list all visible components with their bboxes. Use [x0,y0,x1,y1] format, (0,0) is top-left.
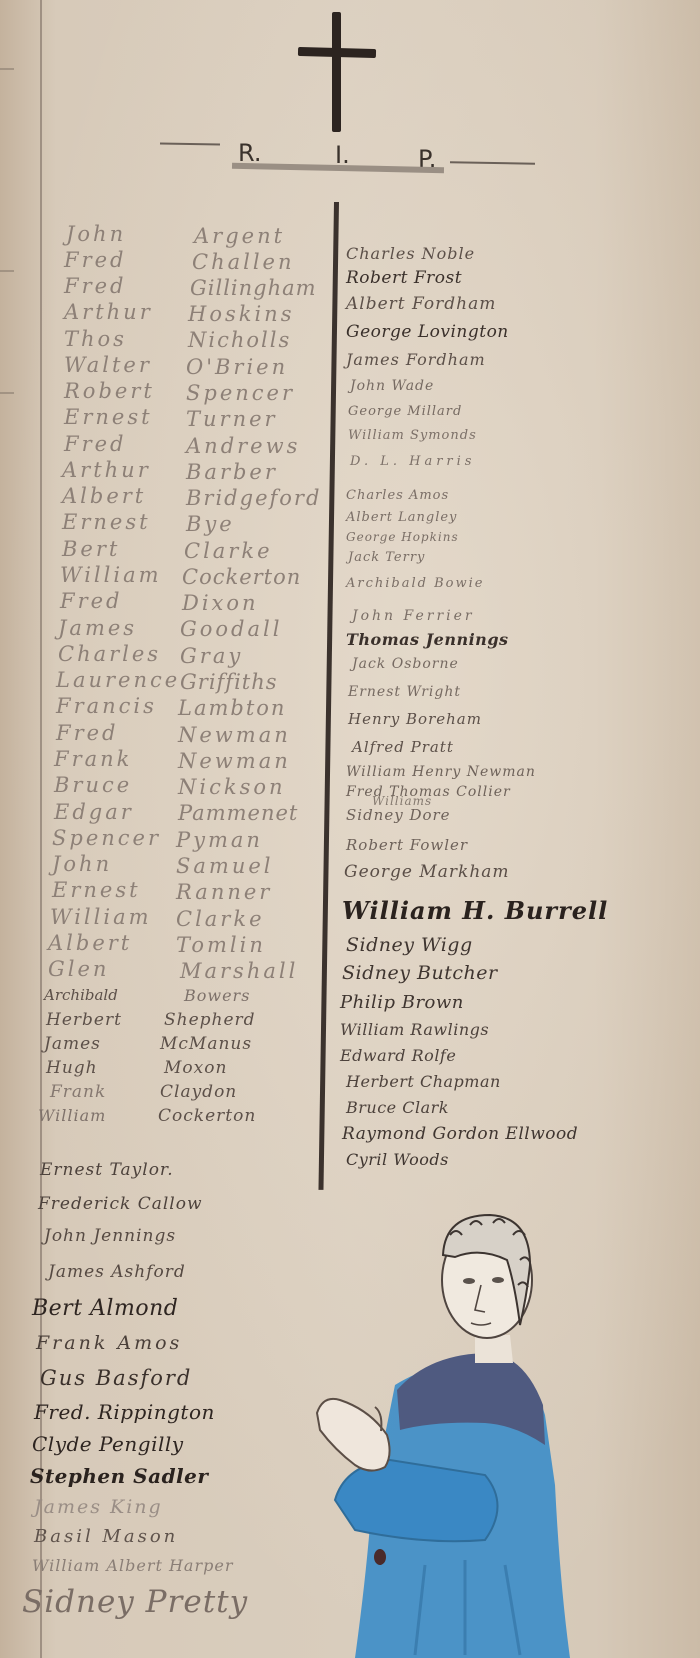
list-item: William Rawlings [340,1020,489,1039]
first-name: Fred [64,274,126,298]
list-item: Bert Almond [32,1296,178,1321]
list-item: Frank Amos [36,1332,182,1354]
surname: Dixon [182,591,259,615]
first-name: William [60,563,162,587]
list-item: Sidney Pretty [22,1584,248,1620]
list-item: Alfred Pratt [352,738,454,756]
first-name: John [52,852,112,876]
list-item: Fred. Rippington [34,1400,215,1424]
surname: Andrews [186,434,300,458]
list-item: James King [34,1496,163,1518]
surname: Clarke [184,539,273,563]
list-item: Robert Fowler [346,836,468,854]
praying-figure-illustration [315,1185,585,1658]
rip-underbar [232,163,444,173]
first-name: Arthur [62,458,151,482]
list-item: Charles Noble [346,244,475,263]
list-item: Henry Boreham [348,710,482,728]
list-item: James Fordham [346,350,486,369]
list-item: Charles Amos [346,488,449,503]
list-item: Clyde Pengilly [32,1432,184,1456]
list-item: Jack Osborne [352,656,459,672]
list-item: Philip Brown [340,992,464,1013]
first-name: James [44,1034,101,1054]
list-item: Sidney Dore [346,806,451,824]
first-name: William [50,905,152,929]
first-name: Ernest [52,878,141,902]
first-name: Fred [64,248,126,272]
surname: Shepherd [164,1010,256,1030]
rip-right-rule [450,161,535,164]
first-name: James [58,616,137,640]
surname: Lambton [178,696,286,720]
first-name: Walter [64,353,152,377]
first-name: Charles [58,642,161,666]
column-divider [318,202,339,1190]
list-item: Herbert Chapman [346,1072,501,1091]
list-item: William Albert Harper [32,1556,233,1575]
surname: Barber [186,460,278,484]
surname: Cockerton [158,1106,256,1126]
list-item: George Hopkins [346,530,459,544]
first-name: Laurence [56,668,180,692]
surname: Griffiths [180,670,278,694]
first-name: Ernest [62,510,151,534]
surname: Bye [186,512,235,536]
list-item: George Markham [344,862,510,882]
surname: Bowers [184,986,250,1005]
surname: Samuel [176,854,274,878]
first-name: William [38,1106,106,1125]
list-item: James Ashford [48,1262,186,1282]
list-item: Ernest Taylor. [40,1160,174,1180]
first-name: Bert [62,537,120,561]
first-name: Fred [64,432,126,456]
list-item: Robert Frost [346,268,462,288]
surname: Gray [180,644,243,668]
first-name: Thos [64,327,127,351]
list-item: John Jennings [44,1226,176,1246]
list-item: Albert Langley [346,510,457,525]
first-name: Spencer [52,826,161,850]
first-name: Hugh [46,1058,98,1078]
first-name: Archibald [44,986,118,1004]
surname: Claydon [160,1082,237,1102]
surname: Marshall [180,959,298,983]
first-name: Fred [60,589,122,613]
list-item: D. L. Harris [350,454,475,469]
surname: McManus [160,1034,252,1054]
surname: Bridgeford [186,486,321,510]
list-item: Thomas Jennings [346,630,509,649]
surname: Spencer [186,381,295,405]
surname: Pyman [176,828,263,852]
first-name: Francis [56,694,157,718]
surname: Hoskins [188,302,294,326]
surname: Newman [178,723,291,747]
list-item: Edward Rolfe [340,1046,456,1065]
surname: Tomlin [176,933,266,957]
first-name: Ernest [64,405,153,429]
surname: O'Brien [186,355,288,379]
list-item: John Ferrier [352,608,475,624]
first-name: Glen [48,957,109,981]
surname: Nickson [178,775,286,799]
surname: Gillingham [190,276,317,300]
list-item: Raymond Gordon Ellwood [342,1124,578,1144]
list-item: Bruce Clark [346,1098,449,1117]
first-name: Herbert [46,1010,122,1030]
list-item: George Lovington [346,322,509,342]
rip-heading: R. I. P. [160,143,540,183]
surname: Newman [178,749,291,773]
first-name: Frank [54,747,132,771]
surname: Cockerton [182,565,301,589]
list-item: Stephen Sadler [30,1464,208,1488]
surname: Moxon [164,1058,227,1078]
first-name: Albert [48,931,132,955]
list-item: Cyril Woods [346,1150,449,1169]
surname: Pammenet [178,801,298,825]
surname: Ranner [176,880,272,904]
first-name: Robert [64,379,155,403]
list-item: William Symonds [348,428,477,443]
list-item: Sidney Butcher [342,962,498,984]
first-name: Albert [62,484,146,508]
surname: Challen [192,250,295,274]
memorial-page: R. I. P. John Fred Fred Arthur Thos Walt… [0,0,700,1658]
list-item: Gus Basford [40,1366,192,1390]
list-item: John Wade [350,378,434,394]
first-name: Arthur [64,300,153,324]
list-item: William Henry Newman [346,764,536,780]
list-item: Frederick Callow [38,1194,203,1214]
first-name: Frank [50,1082,106,1102]
list-item: George Millard [348,404,462,419]
surname: Goodall [180,617,282,641]
list-item: William H. Burrell [342,896,608,925]
surname: Turner [186,407,278,431]
surname: Argent [194,224,285,248]
rip-left-rule [160,142,220,145]
first-name: Edgar [54,800,134,824]
surname: Clarke [176,907,265,931]
list-item: Archibald Bowie [346,576,484,591]
first-name: John [66,222,126,246]
first-name: Bruce [54,773,132,797]
list-item: Jack Terry [348,550,425,565]
list-item: Ernest Wright [348,684,461,700]
list-item: Basil Mason [34,1526,178,1547]
first-name: Fred [56,721,118,745]
surname: Nicholls [188,328,291,352]
list-item: Albert Fordham [346,294,496,314]
list-item: Sidney Wigg [346,934,473,956]
